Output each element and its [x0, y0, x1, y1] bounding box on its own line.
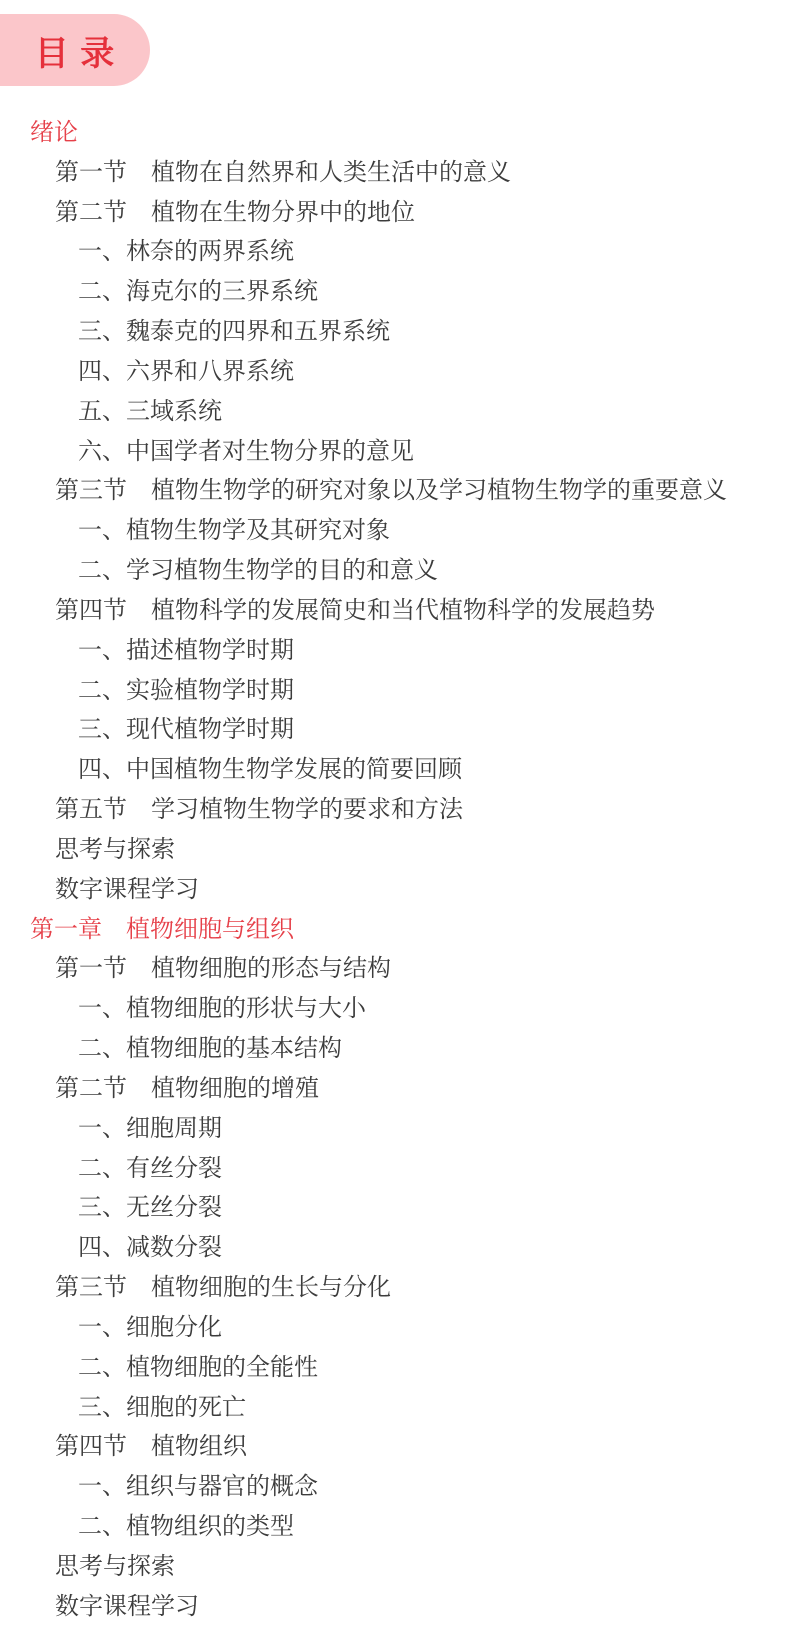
toc-item-section[interactable]: 思考与探索: [0, 830, 790, 870]
toc-item-sub[interactable]: 四、六界和八界系统: [0, 352, 790, 392]
toc-item-chapter[interactable]: 绪论: [0, 113, 790, 153]
toc-item-sub[interactable]: 二、学习植物生物学的目的和意义: [0, 551, 790, 591]
toc-item-sub[interactable]: 二、有丝分裂: [0, 1149, 790, 1189]
toc-item-sub[interactable]: 二、实验植物学时期: [0, 671, 790, 711]
toc-item-sub[interactable]: 一、植物细胞的形状与大小: [0, 989, 790, 1029]
toc-item-sub[interactable]: 五、三域系统: [0, 392, 790, 432]
toc-item-sub[interactable]: 六、中国学者对生物分界的意见: [0, 432, 790, 472]
toc-header-badge: 目 录: [0, 14, 150, 86]
toc-item-sub[interactable]: 三、无丝分裂: [0, 1188, 790, 1228]
toc-item-sub[interactable]: 二、海克尔的三界系统: [0, 272, 790, 312]
toc-item-section[interactable]: 思考与探索: [0, 1547, 790, 1587]
toc-item-section[interactable]: 第四节 植物组织: [0, 1427, 790, 1467]
toc-item-section[interactable]: 第二节 植物在生物分界中的地位: [0, 193, 790, 233]
toc-item-sub[interactable]: 一、描述植物学时期: [0, 631, 790, 671]
toc-item-chapter[interactable]: 第一章 植物细胞与组织: [0, 910, 790, 950]
toc-item-sub[interactable]: 四、减数分裂: [0, 1228, 790, 1268]
toc-item-section[interactable]: 第四节 植物科学的发展简史和当代植物科学的发展趋势: [0, 591, 790, 631]
page-title: 目 录: [35, 26, 115, 75]
toc-item-sub[interactable]: 一、组织与器官的概念: [0, 1467, 790, 1507]
toc-item-sub[interactable]: 一、细胞分化: [0, 1308, 790, 1348]
toc-item-section[interactable]: 第一节 植物细胞的形态与结构: [0, 949, 790, 989]
toc-item-sub[interactable]: 一、细胞周期: [0, 1109, 790, 1149]
toc-item-sub[interactable]: 三、现代植物学时期: [0, 710, 790, 750]
toc-item-sub[interactable]: 二、植物细胞的全能性: [0, 1348, 790, 1388]
toc-item-section[interactable]: 第二节 植物细胞的增殖: [0, 1069, 790, 1109]
toc-item-sub[interactable]: 三、细胞的死亡: [0, 1388, 790, 1428]
toc-item-section[interactable]: 第一节 植物在自然界和人类生活中的意义: [0, 153, 790, 193]
toc-page: 目 录 绪论第一节 植物在自然界和人类生活中的意义第二节 植物在生物分界中的地位…: [0, 0, 790, 1634]
toc-item-section[interactable]: 数字课程学习: [0, 1587, 790, 1627]
toc-item-sub[interactable]: 二、植物细胞的基本结构: [0, 1029, 790, 1069]
toc-item-section[interactable]: 第三节 植物生物学的研究对象以及学习植物生物学的重要意义: [0, 471, 790, 511]
toc-item-section[interactable]: 第五节 学习植物生物学的要求和方法: [0, 790, 790, 830]
toc-item-section[interactable]: 第三节 植物细胞的生长与分化: [0, 1268, 790, 1308]
toc-item-section[interactable]: 数字课程学习: [0, 870, 790, 910]
toc-item-sub[interactable]: 三、魏泰克的四界和五界系统: [0, 312, 790, 352]
toc-item-sub[interactable]: 一、林奈的两界系统: [0, 232, 790, 272]
toc-item-sub[interactable]: 二、植物组织的类型: [0, 1507, 790, 1547]
toc-item-sub[interactable]: 一、植物生物学及其研究对象: [0, 511, 790, 551]
toc-list: 绪论第一节 植物在自然界和人类生活中的意义第二节 植物在生物分界中的地位一、林奈…: [0, 113, 790, 1626]
toc-item-sub[interactable]: 四、中国植物生物学发展的简要回顾: [0, 750, 790, 790]
